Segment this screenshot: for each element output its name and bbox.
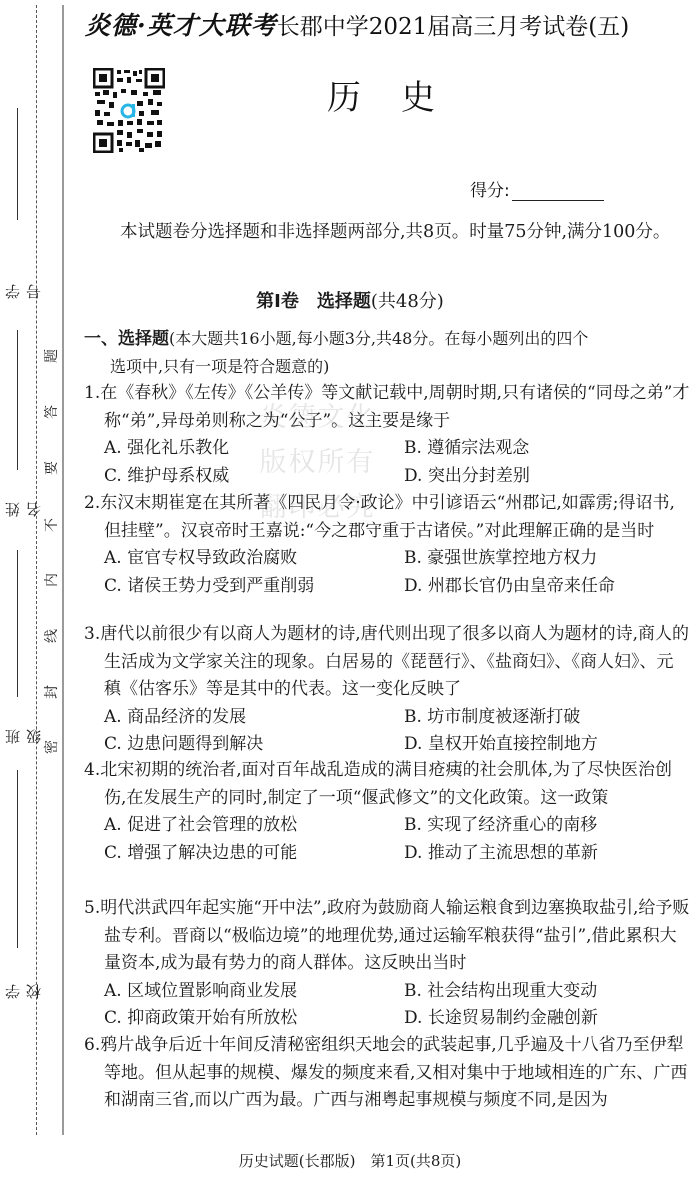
section-title-bold: 第Ⅰ卷 选择题 <box>256 291 371 312</box>
question-1: 1.在《春秋》《左传》《公羊传》等文献记载中,周朝时期,只有诸侯的“同母之弟”才… <box>84 380 690 490</box>
option-a[interactable]: A. 区域位置影响商业发展 <box>104 978 404 1006</box>
section-title: 第Ⅰ卷 选择题(共48分) <box>0 287 700 313</box>
option-b[interactable]: B. 实现了经济重心的南移 <box>404 812 700 840</box>
class-label: 班级 <box>2 700 24 756</box>
score-blank[interactable] <box>512 182 604 201</box>
option-d[interactable]: D. 长途贸易制约金融创新 <box>404 1005 700 1033</box>
option-c[interactable]: C. 维护母系权威 <box>104 463 404 491</box>
option-a[interactable]: A. 促进了社会管理的放松 <box>104 812 404 840</box>
option-b[interactable]: B. 社会结构出现重大变动 <box>404 978 700 1006</box>
score-label: 得分: <box>470 176 510 201</box>
option-c[interactable]: C. 增强了解决边患的可能 <box>104 840 404 868</box>
school-underline <box>17 770 18 948</box>
option-d[interactable]: D. 州郡长官仍由皇帝来任命 <box>404 573 700 601</box>
score-field[interactable]: 得分: <box>470 176 604 201</box>
exam-instructions: 本试题卷分选择题和非选择题两部分,共8页。时量75分钟,满分100分。 <box>100 218 690 246</box>
option-b[interactable]: B. 豪强世族掌控地方权力 <box>404 545 700 573</box>
seal-char: 要 <box>41 460 61 476</box>
seal-char: 线 <box>41 628 61 644</box>
question-4: 4.北宋初期的统治者,面对百年战乱造成的满目疮痍的社会肌体,为了尽快医治创伤,在… <box>84 757 690 867</box>
part-heading: 一、选择题(本大题共16小题,每小题3分,共48分。在每小题列出的四个 选项中,… <box>84 325 690 380</box>
part-heading-desc-2: 选项中,只有一项是符合题意的) <box>84 353 690 380</box>
brand-name: 炎德·英才大联考 <box>85 11 277 40</box>
option-a[interactable]: A. 宦官专权导致政治腐败 <box>104 545 404 573</box>
option-b[interactable]: B. 遵循宗法观念 <box>404 435 700 463</box>
subject-title: 历史 <box>327 70 475 119</box>
seal-char: 封 <box>41 684 61 700</box>
option-c[interactable]: C. 抑商政策开始有所放松 <box>104 1005 404 1033</box>
binding-line <box>62 5 64 1135</box>
question-3: 3.唐代以前很少有以商人为题材的诗,唐代则出现了很多以商人为题材的诗,商人的生活… <box>84 621 690 759</box>
question-stem: 3.唐代以前很少有以商人为题材的诗,唐代则出现了很多以商人为题材的诗,商人的生活… <box>84 621 690 704</box>
class-underline <box>17 550 18 697</box>
seal-char: 内 <box>41 572 61 588</box>
page-footer: 历史试题(长郡版) 第1页(共8页) <box>0 1150 700 1171</box>
question-2: 2.东汉末期崔寔在其所著《四民月令·政论》中引谚语云“州郡记,如霹雳;得诏书,但… <box>84 490 690 600</box>
question-stem: 1.在《春秋》《左传》《公羊传》等文献记载中,周朝时期,只有诸侯的“同母之弟”才… <box>84 380 690 435</box>
seal-char: 题 <box>41 348 61 364</box>
section-title-points: (共48分) <box>371 291 444 312</box>
option-d[interactable]: D. 突出分封差别 <box>404 463 700 491</box>
question-6: 6.鸦片战争后近十年间反清秘密组织天地会的武装起事,几乎遍及十八省乃至伊犁等地。… <box>84 1032 690 1115</box>
qr-code-icon <box>93 68 165 153</box>
student-id-underline <box>17 108 18 220</box>
school-label: 学校 <box>2 955 24 1011</box>
part-heading-desc: (本大题共16小题,每小题3分,共48分。在每小题列出的四个 <box>169 329 588 348</box>
option-d[interactable]: D. 皇权开始直接控制地方 <box>404 731 700 759</box>
part-heading-bold: 一、选择题 <box>84 329 169 349</box>
question-stem: 4.北宋初期的统治者,面对百年战乱造成的满目疮痍的社会肌体,为了尽快医治创伤,在… <box>84 757 690 812</box>
option-c[interactable]: C. 诸侯王势力受到严重削弱 <box>104 573 404 601</box>
name-underline <box>17 330 18 470</box>
question-stem: 2.东汉末期崔寔在其所著《四民月令·政论》中引谚语云“州郡记,如霹雳;得诏书,但… <box>84 490 690 545</box>
question-stem: 5.明代洪武四年起实施“开中法”,政府为鼓励商人输运粮食到边塞换取盐引,给予贩盐… <box>84 895 690 978</box>
exam-header: 炎德·英才大联考长郡中学2021届高三月考试卷(五) <box>85 6 629 42</box>
question-5: 5.明代洪武四年起实施“开中法”,政府为鼓励商人输运粮食到边塞换取盐引,给予贩盐… <box>84 895 690 1033</box>
seal-char: 答 <box>41 404 61 420</box>
option-a[interactable]: A. 商品经济的发展 <box>104 704 404 732</box>
option-d[interactable]: D. 推动了主流思想的革新 <box>404 840 700 868</box>
question-stem: 6.鸦片战争后近十年间反清秘密组织天地会的武装起事,几乎遍及十八省乃至伊犁等地。… <box>84 1032 690 1115</box>
seal-char: 不 <box>41 517 61 533</box>
option-a[interactable]: A. 强化礼乐教化 <box>104 435 404 463</box>
seal-char: 密 <box>41 739 61 755</box>
option-c[interactable]: C. 边患问题得到解决 <box>104 731 404 759</box>
exam-title: 长郡中学2021届高三月考试卷(五) <box>277 14 629 40</box>
seal-dashed-line <box>36 5 37 1135</box>
option-b[interactable]: B. 坊市制度被逐渐打破 <box>404 704 700 732</box>
name-label: 姓名 <box>2 473 24 529</box>
